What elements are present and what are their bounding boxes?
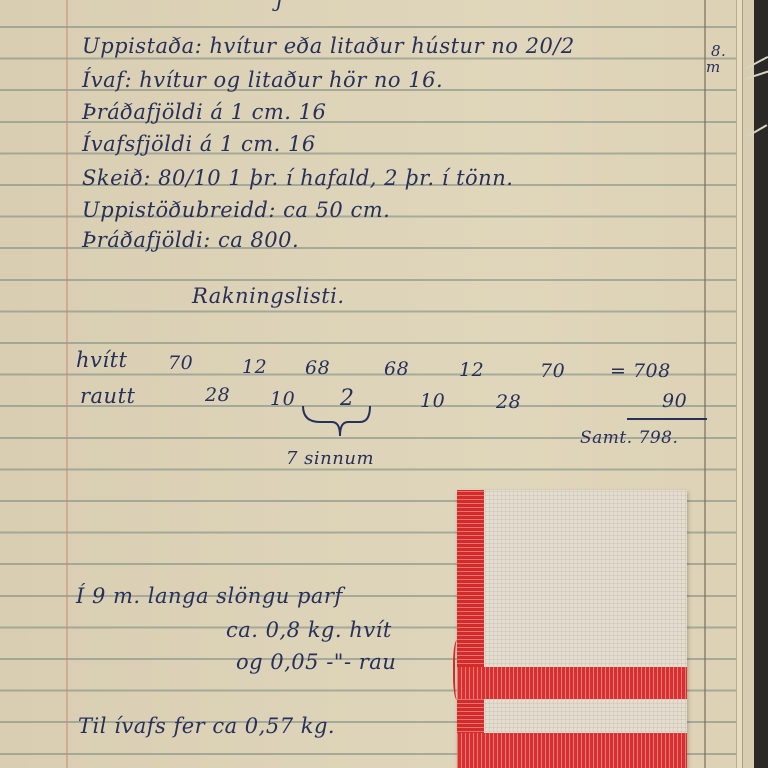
spec-line-reed: Skeið: 80/10 1 þr. í hafald, 2 þr. í tön… xyxy=(82,166,513,190)
white-total: = 708 xyxy=(610,360,671,382)
spec-line-warp: Uppistaða: hvítur eða litaður hústur no … xyxy=(82,34,575,58)
margin-line xyxy=(66,0,68,768)
spec-line-thread-count: Þráðafjöldi á 1 cm. 16 xyxy=(82,100,326,124)
red-value: 10 xyxy=(420,390,445,412)
red-value: 28 xyxy=(496,391,521,413)
swatch-loose-thread xyxy=(453,640,463,700)
red-value: 28 xyxy=(205,384,230,406)
sum-underline xyxy=(627,418,707,420)
yarn-line-weft: Til ívafs fer ca 0,57 kg. xyxy=(78,714,335,738)
white-value: 12 xyxy=(459,359,484,381)
row-label-red: rautt xyxy=(80,384,135,408)
white-value: 12 xyxy=(242,356,267,378)
sum-total: Samt. 798. xyxy=(580,428,678,448)
background-surface xyxy=(754,0,768,768)
page-annotation-unit: m xyxy=(706,58,721,76)
swatch-red-weft-stripe xyxy=(457,667,687,699)
brace-note: 7 sinnum xyxy=(286,448,374,469)
white-value: 68 xyxy=(305,357,330,379)
red-value: 10 xyxy=(270,388,295,410)
white-value: 70 xyxy=(168,352,193,374)
brace-symbol xyxy=(300,404,380,444)
yarn-line-white: ca. 0,8 kg. hvít xyxy=(226,618,392,642)
ink-fragment: ƒ xyxy=(276,0,284,12)
yarn-line-intro: Í 9 m. langa slöngu parf xyxy=(76,584,343,608)
red-total: 90 xyxy=(662,390,687,412)
swatch-red-weft-stripe xyxy=(457,733,687,768)
spec-line-total-threads: Þráðafjöldi: ca 800. xyxy=(82,228,299,252)
row-label-white: hvítt xyxy=(76,348,127,372)
right-column-line xyxy=(704,0,706,768)
counting-list-title: Rakningslisti. xyxy=(192,284,345,308)
fabric-swatch xyxy=(457,490,687,768)
spec-line-weft: Ívaf: hvítur og litaður hör no 16. xyxy=(82,68,443,92)
spec-line-width: Uppistöðubreidd: ca 50 cm. xyxy=(82,198,390,222)
swatch-red-warp-stripe xyxy=(457,490,484,768)
white-value: 68 xyxy=(384,358,409,380)
spec-line-weft-count: Ívafsfjöldi á 1 cm. 16 xyxy=(82,132,316,156)
white-value: 70 xyxy=(540,360,565,382)
yarn-line-red: og 0,05 -"- rau xyxy=(236,650,396,674)
